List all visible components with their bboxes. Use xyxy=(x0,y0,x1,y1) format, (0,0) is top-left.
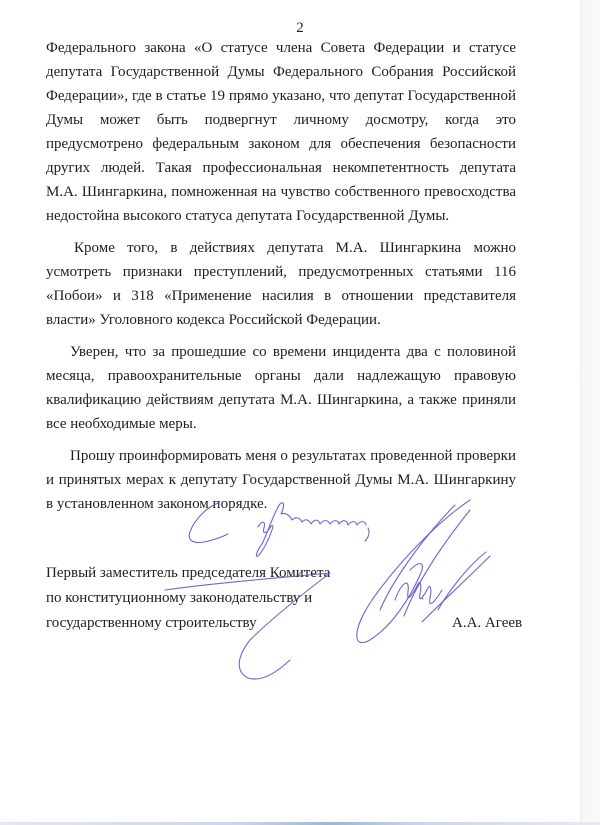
signer-title-line-1: Первый заместитель председателя Комитета xyxy=(46,561,516,586)
letter-body: Федерального закона «О статусе члена Сов… xyxy=(46,36,516,516)
page-number: 2 xyxy=(0,18,600,38)
paragraph-criminal-articles: Кроме того, в действиях депутата М.А. Ши… xyxy=(46,236,516,332)
paragraph-request: Прошу проинформировать меня о результата… xyxy=(46,444,516,516)
paragraph-law-reference: Федерального закона «О статусе члена Сов… xyxy=(46,36,516,228)
paragraph-law-enforcement: Уверен, что за прошедшие со времени инци… xyxy=(46,340,516,436)
document-page: 2 Федерального закона «О статусе члена С… xyxy=(0,0,581,822)
signer-title-line-3: государственному строительству xyxy=(46,611,516,636)
signer-title-block: Первый заместитель председателя Комитета… xyxy=(46,561,516,636)
scan-edge-right xyxy=(581,0,600,825)
signer-name: А.А. Агеев xyxy=(452,611,522,636)
signer-title-line-2: по конституционному законодательству и xyxy=(46,586,516,611)
